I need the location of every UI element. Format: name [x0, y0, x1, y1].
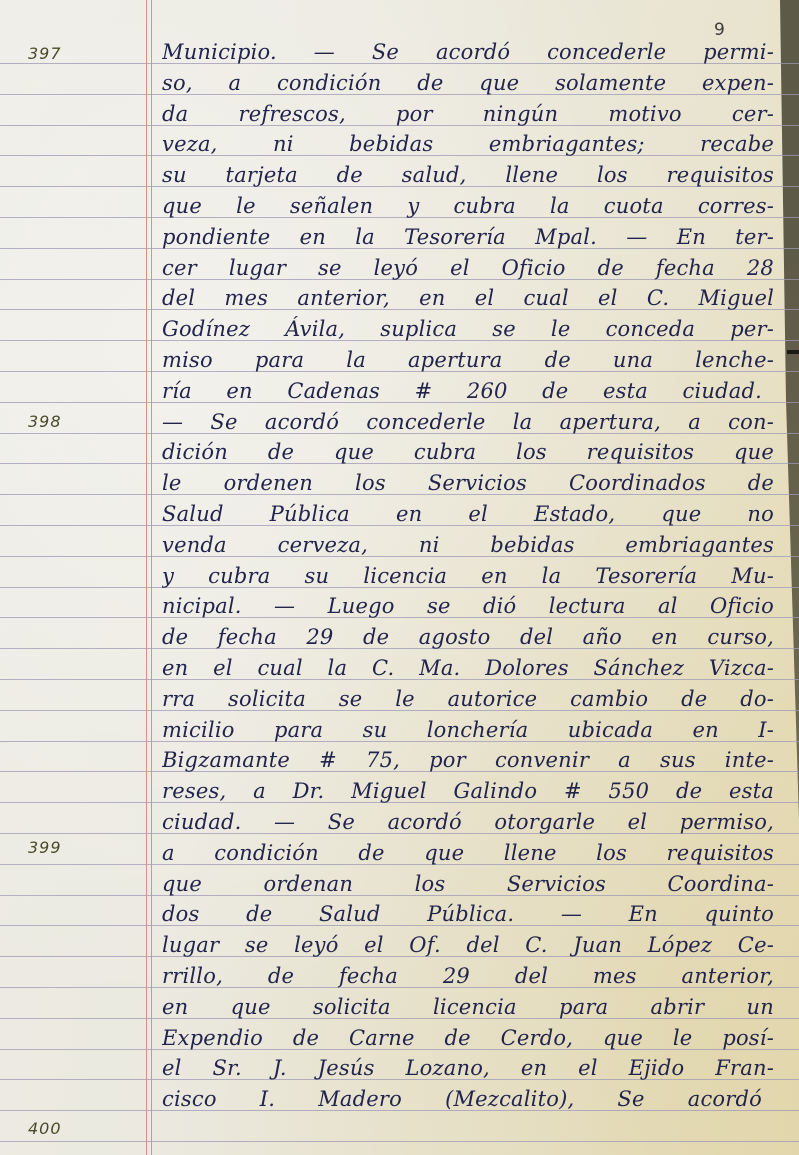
text-line: pondiente en la Tesorería Mpal. — En ter… — [162, 224, 774, 252]
text-line: Municipio. — Se acordó concederle permi- — [162, 39, 774, 67]
text-line: y cubra su licencia en la Tesorería Mu- — [162, 563, 774, 591]
text-line: ciudad. — Se acordó otorgarle el permiso… — [162, 809, 774, 837]
text-line: nicipal. — Luego se dió lectura al Ofici… — [162, 593, 774, 621]
text-line: cisco I. Madero (Mezcalito), Se acordó — [162, 1086, 762, 1114]
text-line: que ordenan los Servicios Coordina- — [162, 871, 774, 899]
text-line: cer lugar se leyó el Oficio de fecha 28 — [162, 255, 774, 283]
text-line: rrillo, de fecha 29 del mes anterior, — [162, 963, 774, 991]
text-line: venda cerveza, ni bebidas embriagantes — [162, 532, 774, 560]
text-line: Godínez Ávila, suplica se le conceda per… — [162, 316, 774, 344]
text-line: del mes anterior, en el cual el C. Migue… — [162, 285, 774, 313]
margin-line-red — [146, 0, 147, 1155]
entry-number: 400 — [28, 1119, 62, 1138]
text-line: micilio para su lonchería ubicada en I- — [162, 717, 774, 745]
margin-line-blue — [151, 0, 152, 1155]
text-line: ría en Cadenas # 260 de esta ciudad. — [162, 378, 762, 406]
text-line: Expendio de Carne de Cerdo, que le posí- — [162, 1025, 774, 1053]
text-line: lugar se leyó el Of. del C. Juan López C… — [162, 932, 774, 960]
entry-number: 397 — [28, 44, 62, 63]
text-line: veza, ni bebidas embriagantes; recabe — [162, 131, 774, 159]
entry-number: 399 — [28, 838, 62, 857]
text-line: de fecha 29 de agosto del año en curso, — [162, 624, 774, 652]
entry-number: 398 — [28, 412, 62, 431]
text-line: le ordenen los Servicios Coordinados de — [162, 470, 774, 498]
text-line: en que solicita licencia para abrir un — [162, 994, 774, 1022]
text-line: dos de Salud Pública. — En quinto — [162, 901, 774, 929]
page-number: 9 — [714, 20, 725, 40]
text-line: Salud Pública en el Estado, que no — [162, 501, 774, 529]
text-line: miso para la apertura de una lenche- — [162, 347, 774, 375]
text-line: dición de que cubra los requisitos que — [162, 439, 774, 467]
text-line: Bigzamante # 75, por convenir a sus inte… — [162, 747, 774, 775]
text-line: el Sr. J. Jesús Lozano, en el Ejido Fran… — [162, 1055, 774, 1083]
text-line: reses, a Dr. Miguel Galindo # 550 de est… — [162, 778, 774, 806]
text-line: a condición de que llene los requisitos — [162, 840, 774, 868]
text-line: en el cual la C. Ma. Dolores Sánchez Viz… — [162, 655, 774, 683]
text-line: rra solicita se le autorice cambio de do… — [162, 686, 774, 714]
text-line: so, a condición de que solamente expen- — [162, 70, 774, 98]
text-line: que le señalen y cubra la cuota corres- — [162, 193, 774, 221]
text-line: su tarjeta de salud, llene los requisito… — [162, 162, 774, 190]
text-line: da refrescos, por ningún motivo cer- — [162, 101, 774, 129]
ruled-line — [0, 1141, 799, 1142]
text-line: — Se acordó concederle la apertura, a co… — [162, 409, 774, 437]
page-edge-mark — [787, 350, 799, 354]
